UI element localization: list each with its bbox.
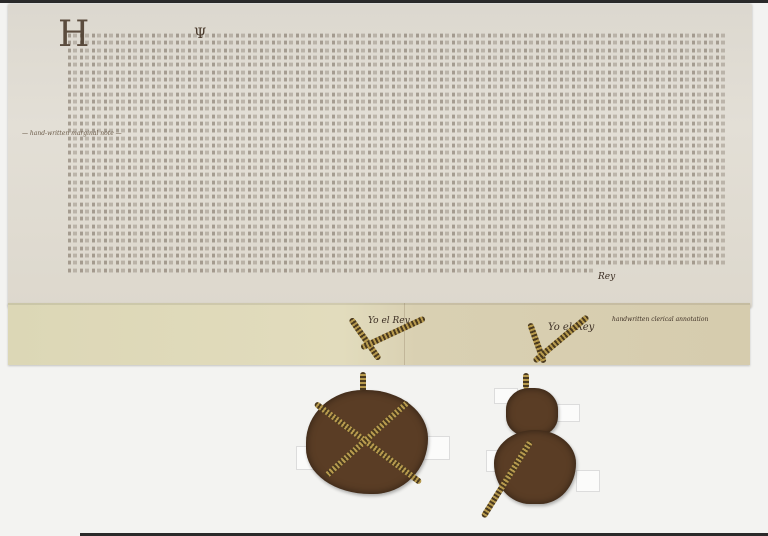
handwritten-line [68, 107, 728, 111]
wax-seal-right-top [506, 388, 558, 436]
top-border [0, 0, 768, 3]
fold-crease [8, 303, 750, 305]
handwritten-line [68, 253, 728, 257]
handwritten-line [68, 129, 728, 133]
handwritten-line [68, 122, 728, 126]
handwritten-line [68, 78, 728, 82]
handwritten-line [68, 158, 728, 162]
charter-text-block [68, 32, 728, 282]
handwritten-line [68, 209, 728, 213]
handwritten-line [68, 202, 728, 206]
handwritten-line [68, 246, 728, 250]
handwritten-line [68, 261, 728, 265]
handwritten-line [68, 70, 728, 74]
handwritten-line [68, 92, 728, 96]
handwritten-line [68, 63, 728, 67]
handwritten-line [68, 41, 728, 45]
handwritten-line [68, 34, 728, 38]
handwritten-line [68, 173, 728, 177]
handwritten-line [68, 224, 728, 228]
handwritten-line [68, 151, 728, 155]
handwritten-line [68, 239, 728, 243]
handwritten-line [68, 217, 728, 221]
handwritten-line [68, 100, 728, 104]
handwritten-line [68, 85, 728, 89]
fold-annotation: handwritten clerical annotation [612, 316, 752, 324]
seal-cord [523, 373, 529, 389]
handwritten-line [68, 195, 728, 199]
handwritten-line [68, 48, 728, 52]
wax-seal-right-bottom [494, 430, 576, 504]
fold-divider [404, 303, 405, 365]
handwritten-line [68, 114, 728, 118]
handwritten-line [68, 136, 728, 140]
handwritten-line [68, 231, 728, 235]
charter-parchment: H Ψ — hand-written marginal note — Rey [8, 4, 752, 308]
handwritten-line [68, 56, 728, 60]
closing-signature: Rey [598, 272, 615, 282]
handwritten-line [68, 166, 728, 170]
handwritten-line [68, 268, 596, 272]
mounting-tape [556, 404, 580, 422]
handwritten-line [68, 144, 728, 148]
mounting-tape [576, 470, 600, 492]
handwritten-line [68, 188, 728, 192]
handwritten-line [68, 180, 728, 184]
